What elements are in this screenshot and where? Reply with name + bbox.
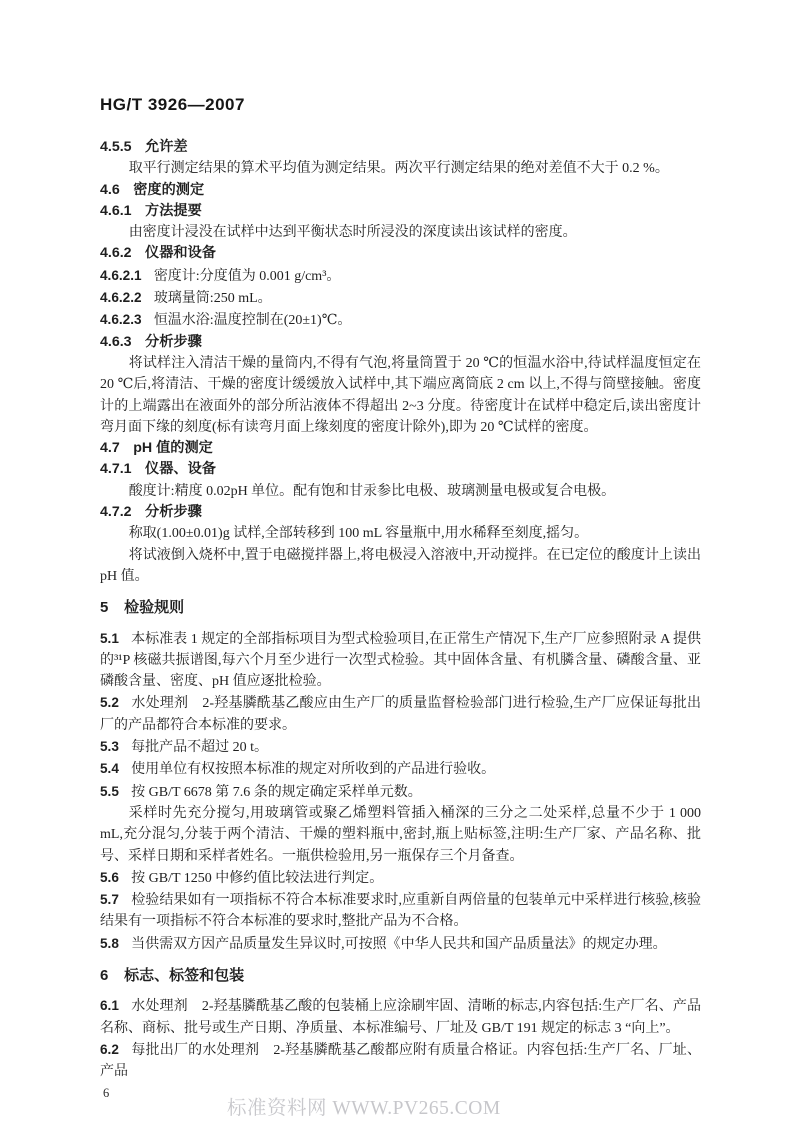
- paragraph: 将试液倒入烧杯中,置于电磁搅拌器上,将电极浸入溶液中,开动搅拌。在已定位的酸度计…: [100, 545, 701, 588]
- clause-body-text: 恒温水浴:温度控制在(20±1)℃。: [154, 313, 352, 328]
- clause-body-text: 本标准表 1 规定的全部指标项目为型式检验项目,在正常生产情况下,生产厂应参照附…: [100, 632, 701, 690]
- clause-body-text: 每批产品不超过 20 t。: [131, 740, 268, 755]
- clause-number: 5.4: [100, 761, 119, 776]
- clause-number: 6.2: [100, 1042, 119, 1057]
- clause-heading: 4.6密度的测定: [100, 180, 701, 201]
- clause-heading: 4.7.2分析步骤: [100, 502, 701, 523]
- clause-heading: 4.7pH 值的测定: [100, 438, 701, 459]
- clause-body-text: 玻璃量筒:250 mL。: [154, 291, 272, 306]
- clause-number: 4.7.1: [100, 461, 132, 477]
- clause-title-text: 分析步骤: [145, 334, 202, 350]
- clause-number: 5.5: [100, 784, 119, 799]
- document-page: HG/T 3926—2007 4.5.5允许差取平行测定结果的算术平均值为测定结…: [0, 0, 793, 1122]
- clause-body-text: 使用单位有权按照本标准的规定对所收到的产品进行验收。: [131, 762, 495, 777]
- clause-paragraph: 4.6.2.1密度计:分度值为 0.001 g/cm³。: [100, 265, 701, 287]
- clause-title-text: 密度的测定: [133, 182, 204, 198]
- paragraph: 采样时先充分搅匀,用玻璃管或聚乙烯塑料管插入桶深的三分之二处采样,总量不少于 1…: [100, 803, 701, 867]
- clause-number: 4.6: [100, 182, 120, 198]
- clause-number: 5.2: [100, 695, 119, 710]
- clause-number: 6: [100, 967, 108, 984]
- paragraph: 酸度计:精度 0.02pH 单位。配有饱和甘汞参比电极、玻璃测量电极或复合电极。: [100, 481, 701, 502]
- clause-heading: 4.6.3分析步骤: [100, 332, 701, 353]
- clause-paragraph: 6.2每批出厂的水处理剂 2-羟基膦酰基乙酸都应附有质量合格证。内容包括:生产厂…: [100, 1039, 701, 1083]
- clause-number: 4.6.2.3: [100, 312, 142, 327]
- clause-title-text: 方法提要: [145, 203, 202, 219]
- clause-number: 5: [100, 599, 108, 616]
- paragraph: 由密度计浸没在试样中达到平衡状态时所浸没的深度读出该试样的密度。: [100, 222, 701, 243]
- paragraph: 取平行测定结果的算术平均值为测定结果。两次平行测定结果的绝对差值不大于 0.2 …: [100, 158, 701, 179]
- clause-paragraph: 5.2水处理剂 2-羟基膦酰基乙酸应由生产厂的质量监督检验部门进行检验,生产厂应…: [100, 692, 701, 736]
- clause-number: 4.6.2.2: [100, 290, 142, 305]
- section-heading: 5检验规则: [100, 597, 701, 618]
- clause-number: 4.6.2: [100, 245, 132, 261]
- paragraph: 将试样注入清洁干燥的量筒内,不得有气泡,将量筒置于 20 ℃的恒温水浴中,待试样…: [100, 353, 701, 438]
- clause-number: 4.7: [100, 440, 120, 456]
- clause-paragraph: 4.6.2.2玻璃量筒:250 mL。: [100, 287, 701, 309]
- clause-number: 5.1: [100, 631, 119, 646]
- clause-title-text: 仪器和设备: [145, 245, 216, 261]
- clause-number: 5.6: [100, 870, 119, 885]
- clause-paragraph: 5.5按 GB/T 6678 第 7.6 条的规定确定采样单元数。: [100, 781, 701, 803]
- clause-body-text: 按 GB/T 1250 中修约值比较法进行判定。: [131, 871, 383, 886]
- clause-title-text: 检验规则: [124, 599, 184, 616]
- clause-number: 4.5.5: [100, 139, 132, 155]
- clause-body-text: 检验结果如有一项指标不符合本标准要求时,应重新自两倍量的包装单元中采样进行核验,…: [100, 893, 701, 929]
- clause-title-text: pH 值的测定: [133, 440, 213, 456]
- clause-heading: 4.6.1方法提要: [100, 201, 701, 222]
- clause-paragraph: 5.8当供需双方因产品质量发生异议时,可按照《中华人民共和国产品质量法》的规定办…: [100, 933, 701, 955]
- clause-number: 6.1: [100, 998, 119, 1013]
- document-body: 4.5.5允许差取平行测定结果的算术平均值为测定结果。两次平行测定结果的绝对差值…: [100, 137, 701, 1105]
- clause-body-text: 每批出厂的水处理剂 2-羟基膦酰基乙酸都应附有质量合格证。内容包括:生产厂名、厂…: [100, 1043, 701, 1079]
- clause-body-text: 水处理剂 2-羟基膦酰基乙酸的包装桶上应涂刷牢固、清晰的标志,内容包括:生产厂名…: [100, 999, 701, 1035]
- clause-body-text: 按 GB/T 6678 第 7.6 条的规定确定采样单元数。: [131, 785, 422, 800]
- clause-number: 5.7: [100, 892, 119, 907]
- clause-body-text: 水处理剂 2-羟基膦酰基乙酸应由生产厂的质量监督检验部门进行检验,生产厂应保证每…: [100, 696, 701, 732]
- clause-paragraph: 6.1水处理剂 2-羟基膦酰基乙酸的包装桶上应涂刷牢固、清晰的标志,内容包括:生…: [100, 995, 701, 1039]
- clause-body-text: 密度计:分度值为 0.001 g/cm³。: [154, 269, 341, 284]
- clause-number: 5.3: [100, 739, 119, 754]
- clause-paragraph: 5.3每批产品不超过 20 t。: [100, 736, 701, 758]
- clause-number: 4.6.1: [100, 203, 132, 219]
- clause-paragraph: 5.1本标准表 1 规定的全部指标项目为型式检验项目,在正常生产情况下,生产厂应…: [100, 628, 701, 693]
- clause-number: 4.6.2.1: [100, 268, 142, 283]
- clause-heading: 4.5.5允许差: [100, 137, 701, 158]
- clause-body-text: 当供需双方因产品质量发生异议时,可按照《中华人民共和国产品质量法》的规定办理。: [131, 937, 667, 952]
- standard-number-header: HG/T 3926—2007: [100, 95, 245, 115]
- clause-paragraph: 5.7检验结果如有一项指标不符合本标准要求时,应重新自两倍量的包装单元中采样进行…: [100, 889, 701, 933]
- clause-heading: 4.6.2仪器和设备: [100, 243, 701, 264]
- paragraph: 称取(1.00±0.01)g 试样,全部转移到 100 mL 容量瓶中,用水稀释…: [100, 523, 701, 544]
- clause-number: 4.6.3: [100, 334, 132, 350]
- clause-number: 4.7.2: [100, 504, 132, 520]
- clause-number: 5.8: [100, 936, 119, 951]
- section-heading: 6标志、标签和包装: [100, 965, 701, 986]
- watermark-text: 标准资料网 WWW.PV265.COM: [227, 1092, 501, 1120]
- clause-paragraph: 5.4使用单位有权按照本标准的规定对所收到的产品进行验收。: [100, 758, 701, 780]
- clause-paragraph: 5.6按 GB/T 1250 中修约值比较法进行判定。: [100, 867, 701, 889]
- clause-title-text: 仪器、设备: [145, 461, 216, 477]
- clause-title-text: 分析步骤: [145, 504, 202, 520]
- clause-title-text: 允许差: [145, 139, 188, 155]
- clause-heading: 4.7.1仪器、设备: [100, 459, 701, 480]
- clause-paragraph: 4.6.2.3恒温水浴:温度控制在(20±1)℃。: [100, 309, 701, 331]
- clause-title-text: 标志、标签和包装: [124, 967, 244, 984]
